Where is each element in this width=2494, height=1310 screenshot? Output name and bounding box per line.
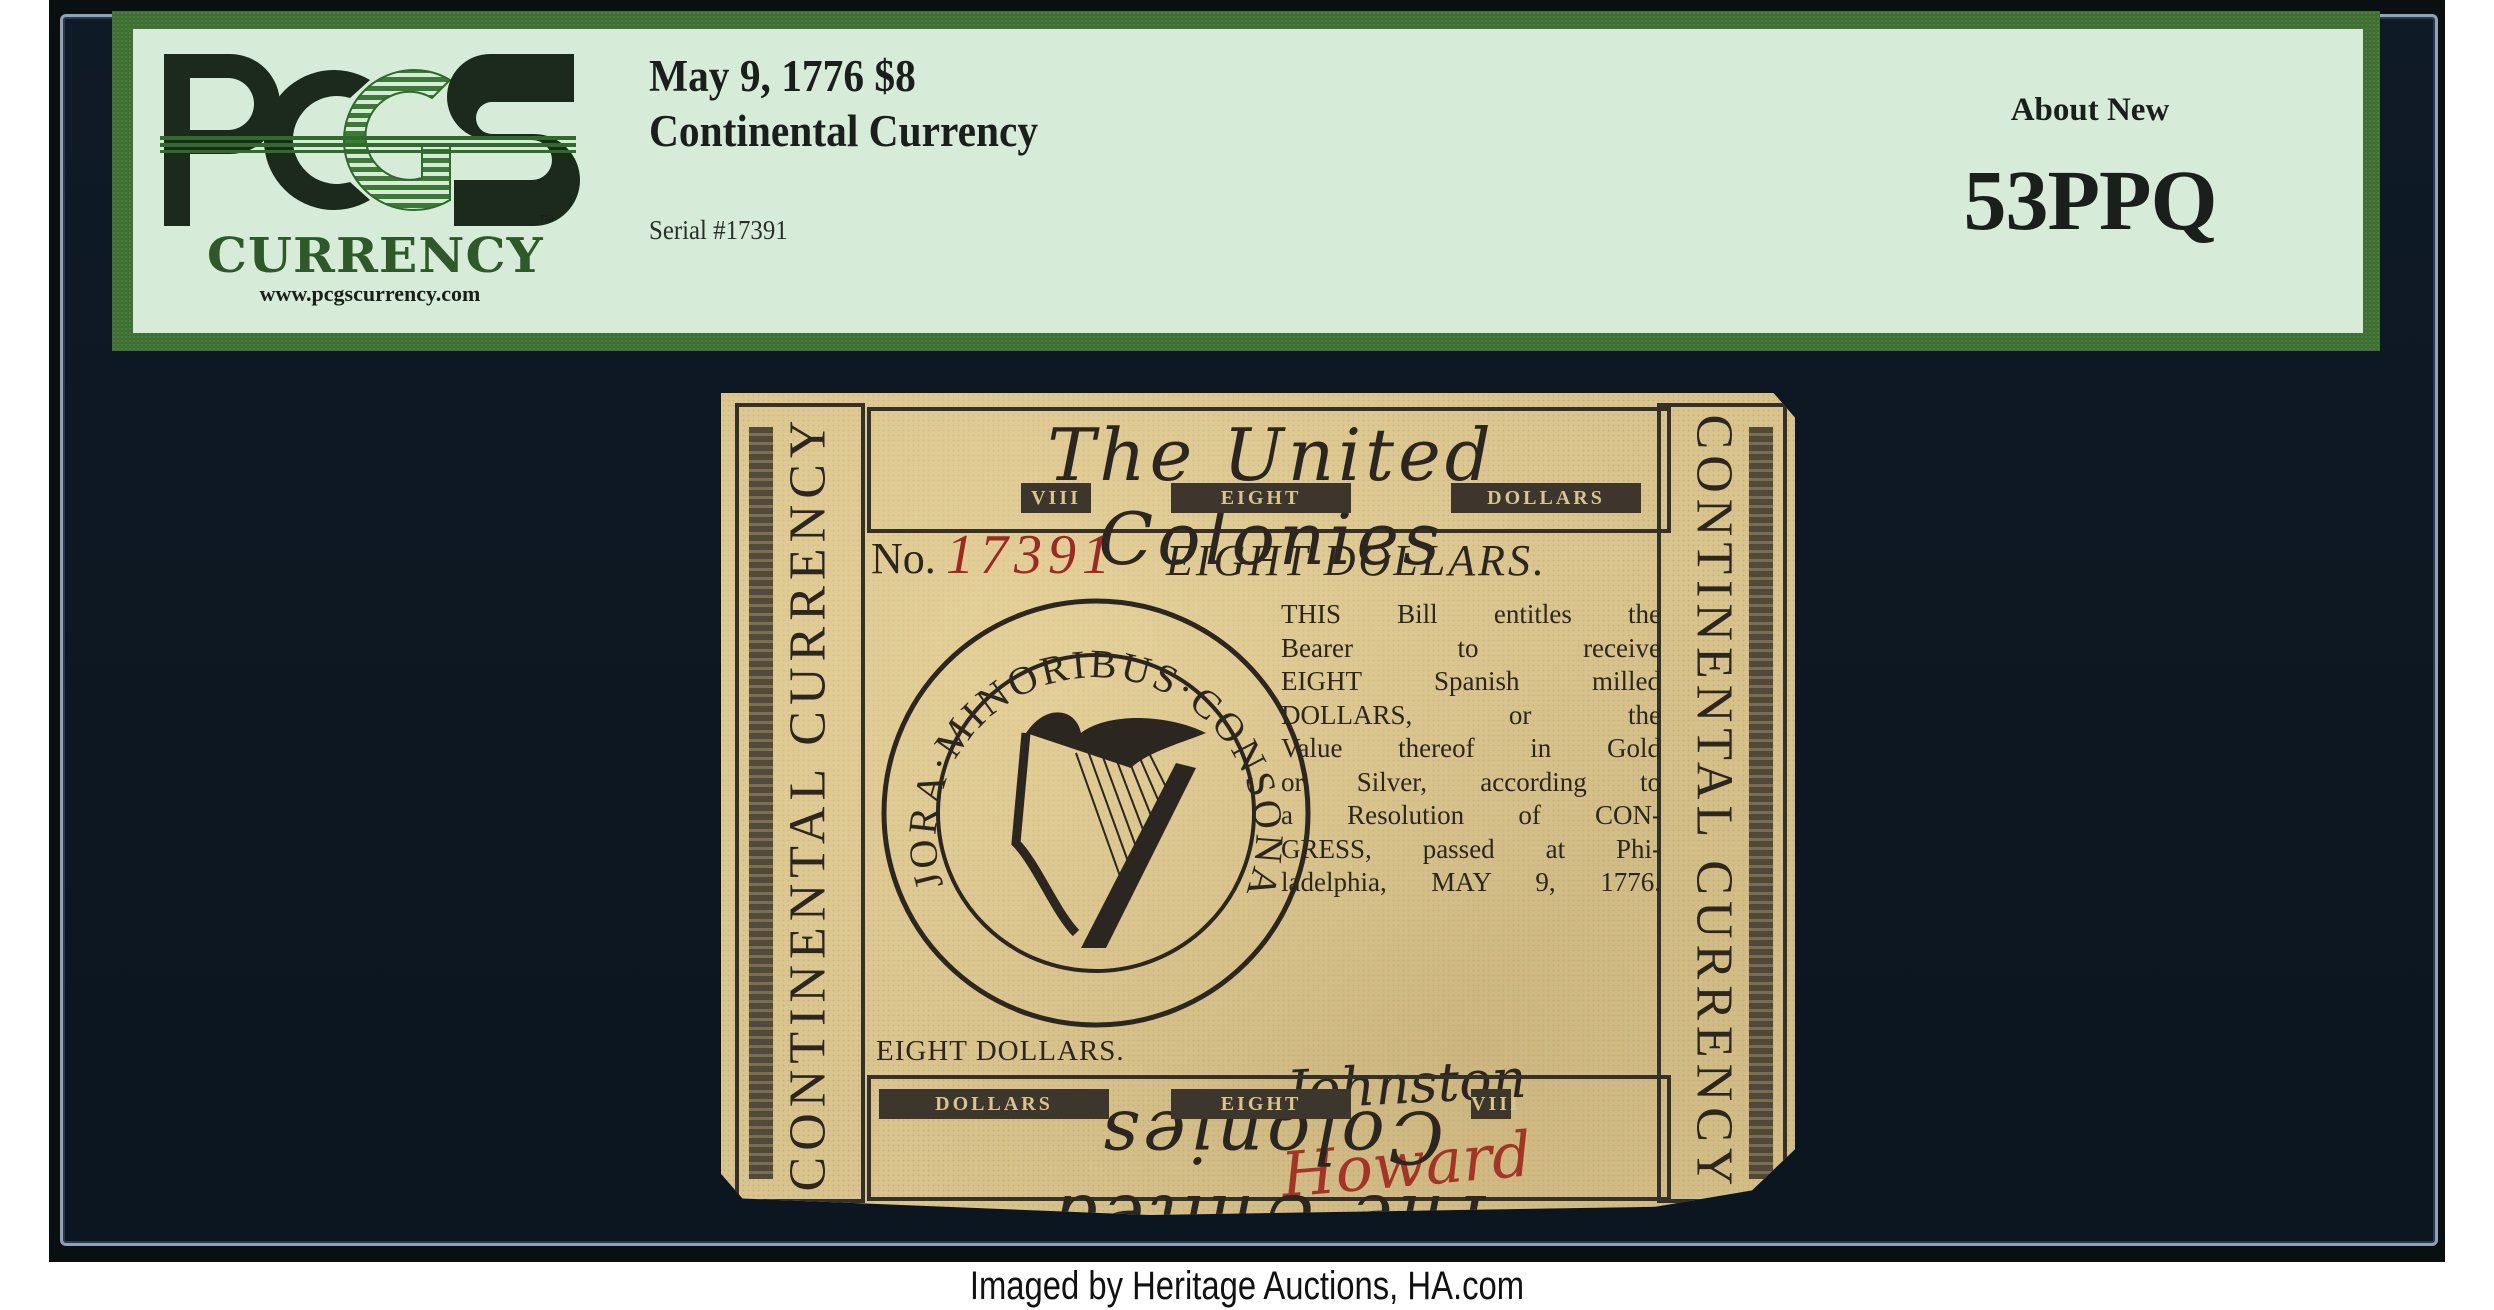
grade-description: About New	[1960, 92, 2220, 129]
credit-text: Imaged by Heritage Auctions, HA.com	[970, 1262, 1524, 1310]
footer-box-dollars: DOLLARS	[879, 1089, 1109, 1119]
header-box-eight: EIGHT	[1171, 483, 1351, 513]
harp-seal: MAJORA·MINORIBUS·CONSONANT	[876, 593, 1316, 1033]
number-prefix: No.	[871, 533, 936, 584]
footer-box-eight: EIGHT	[1171, 1089, 1351, 1119]
banknote: CONTINENTAL CURRENCY CONTINENTAL CURRENC…	[721, 393, 1795, 1215]
border-strip	[749, 427, 773, 1179]
note-type: Continental Currency	[649, 105, 1038, 157]
note-body-text: THIS Bill entitles the Bearer to receive…	[1281, 598, 1661, 900]
right-border: CONTINENTAL CURRENCY	[1657, 403, 1787, 1203]
body-line: GRESS, passed at Phi-	[1281, 833, 1661, 867]
side-text-right: CONTINENTAL CURRENCY	[1685, 415, 1744, 1192]
denomination-footer: EIGHT DOLLARS.	[876, 1035, 1125, 1068]
handwritten-serial: 17391	[946, 523, 1116, 587]
footer-panel: The United Colonies DOLLARS EIGHT VIII	[867, 1075, 1671, 1201]
body-line: EIGHT Spanish milled	[1281, 665, 1661, 699]
note-title: May 9, 1776 $8	[649, 50, 916, 102]
body-line: a Resolution of CON-	[1281, 799, 1661, 833]
logo-url: www.pcgscurrency.com	[160, 281, 580, 307]
image-credit: Imaged by Heritage Auctions, HA.com	[0, 1262, 2494, 1310]
trademark-mark: TM	[539, 214, 553, 225]
left-border: CONTINENTAL CURRENCY	[735, 403, 865, 1203]
body-line: Value thereof in Gold	[1281, 732, 1661, 766]
harp-icon: MAJORA·MINORIBUS·CONSONANT	[876, 593, 1316, 1033]
body-line: DOLLARS, or the	[1281, 699, 1661, 733]
header-panel: The United Colonies VIII EIGHT DOLLARS	[867, 407, 1671, 533]
body-line: ladelphia, MAY 9, 1776.	[1281, 866, 1661, 900]
border-strip	[1749, 427, 1773, 1179]
body-line: THIS Bill entitles the	[1281, 598, 1661, 632]
header-box-numeral: VIII	[1021, 483, 1091, 513]
grade-value: 53PPQ	[1940, 150, 2240, 250]
logo-currency-wordmark: CURRENCY	[160, 228, 591, 284]
body-line: Bearer to receive	[1281, 632, 1661, 666]
denomination-heading: EIGHT DOLLARS.	[1166, 535, 1547, 586]
footer-box-numeral: VIII	[1471, 1089, 1511, 1119]
serial-number: Serial #17391	[649, 215, 788, 246]
body-line: or Silver, according to	[1281, 766, 1661, 800]
header-box-dollars: DOLLARS	[1451, 483, 1641, 513]
side-text-left: CONTINENTAL CURRENCY	[779, 415, 838, 1192]
